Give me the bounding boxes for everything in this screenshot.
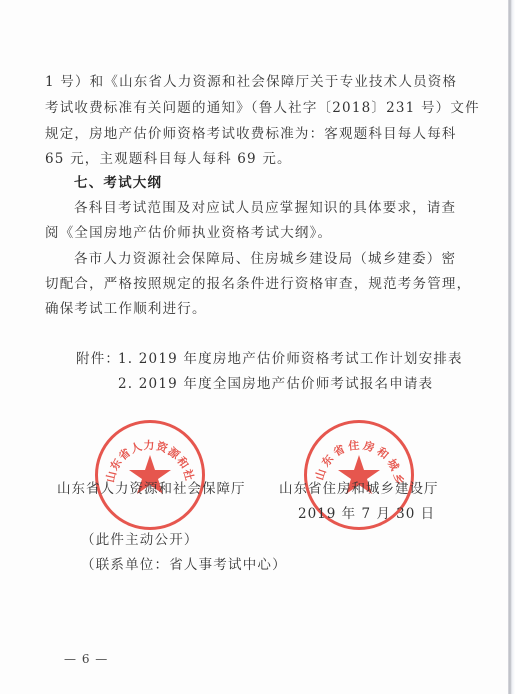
section-heading: 七、考试大纲 xyxy=(74,174,162,192)
star-icon: 山东省人力资源和社会保障厅 xyxy=(98,423,202,527)
body-line-4: 65 元，主观题科目每人每科 69 元。 xyxy=(45,150,292,168)
right-org-signature: 山东省住房和城乡建设厅 xyxy=(279,477,439,497)
page-number: — 6 — xyxy=(64,652,108,666)
public-disclosure-note: （此件主动公开） xyxy=(81,531,199,549)
left-official-seal: 山东省人力资源和社会保障厅 xyxy=(95,420,205,530)
page-edge-shadow xyxy=(508,0,515,694)
section-line-2: 阅《全国房地产估价师执业资格考试大纲》。 xyxy=(45,224,332,242)
section-line-5: 确保考试工作顺利进行。 xyxy=(45,300,207,318)
body-line-3: 规定，房地产估价师资格考试收费标准为：客观题科目每人每科 xyxy=(45,125,457,143)
section-line-3: 各市人力资源社会保障局、住房城乡建设局（城乡建委）密 xyxy=(74,250,456,268)
document-page: 1 号）和《山东省人力资源和社会保障厅关于专业技术人员资格 考试收费标准有关问题… xyxy=(0,0,508,694)
issue-date: 2019 年 7 月 30 日 xyxy=(298,502,435,522)
attachments-label: 附件： xyxy=(76,350,120,368)
left-org-signature: 山东省人力资源和社会保障厅 xyxy=(57,477,246,497)
body-line-1: 1 号）和《山东省人力资源和社会保障厅关于专业技术人员资格 xyxy=(45,73,457,91)
attachment-item-2: 2. 2019 年度全国房地产估价师考试报名申请表 xyxy=(118,375,433,393)
attachment-item-1: 1. 2019 年度房地产估价师资格考试工作计划安排表 xyxy=(118,350,463,368)
section-line-4: 切配合，严格按照规定的报名条件进行资格审查，规范考务管理， xyxy=(45,275,471,293)
contact-unit-note: （联系单位：省人事考试中心） xyxy=(81,556,287,574)
section-line-1: 各科目考试范围及对应试人员应掌握知识的具体要求，请查 xyxy=(74,199,456,217)
body-line-2: 考试收费标准有关问题的通知》（鲁人社字〔2018〕231 号）文件 xyxy=(45,99,480,117)
